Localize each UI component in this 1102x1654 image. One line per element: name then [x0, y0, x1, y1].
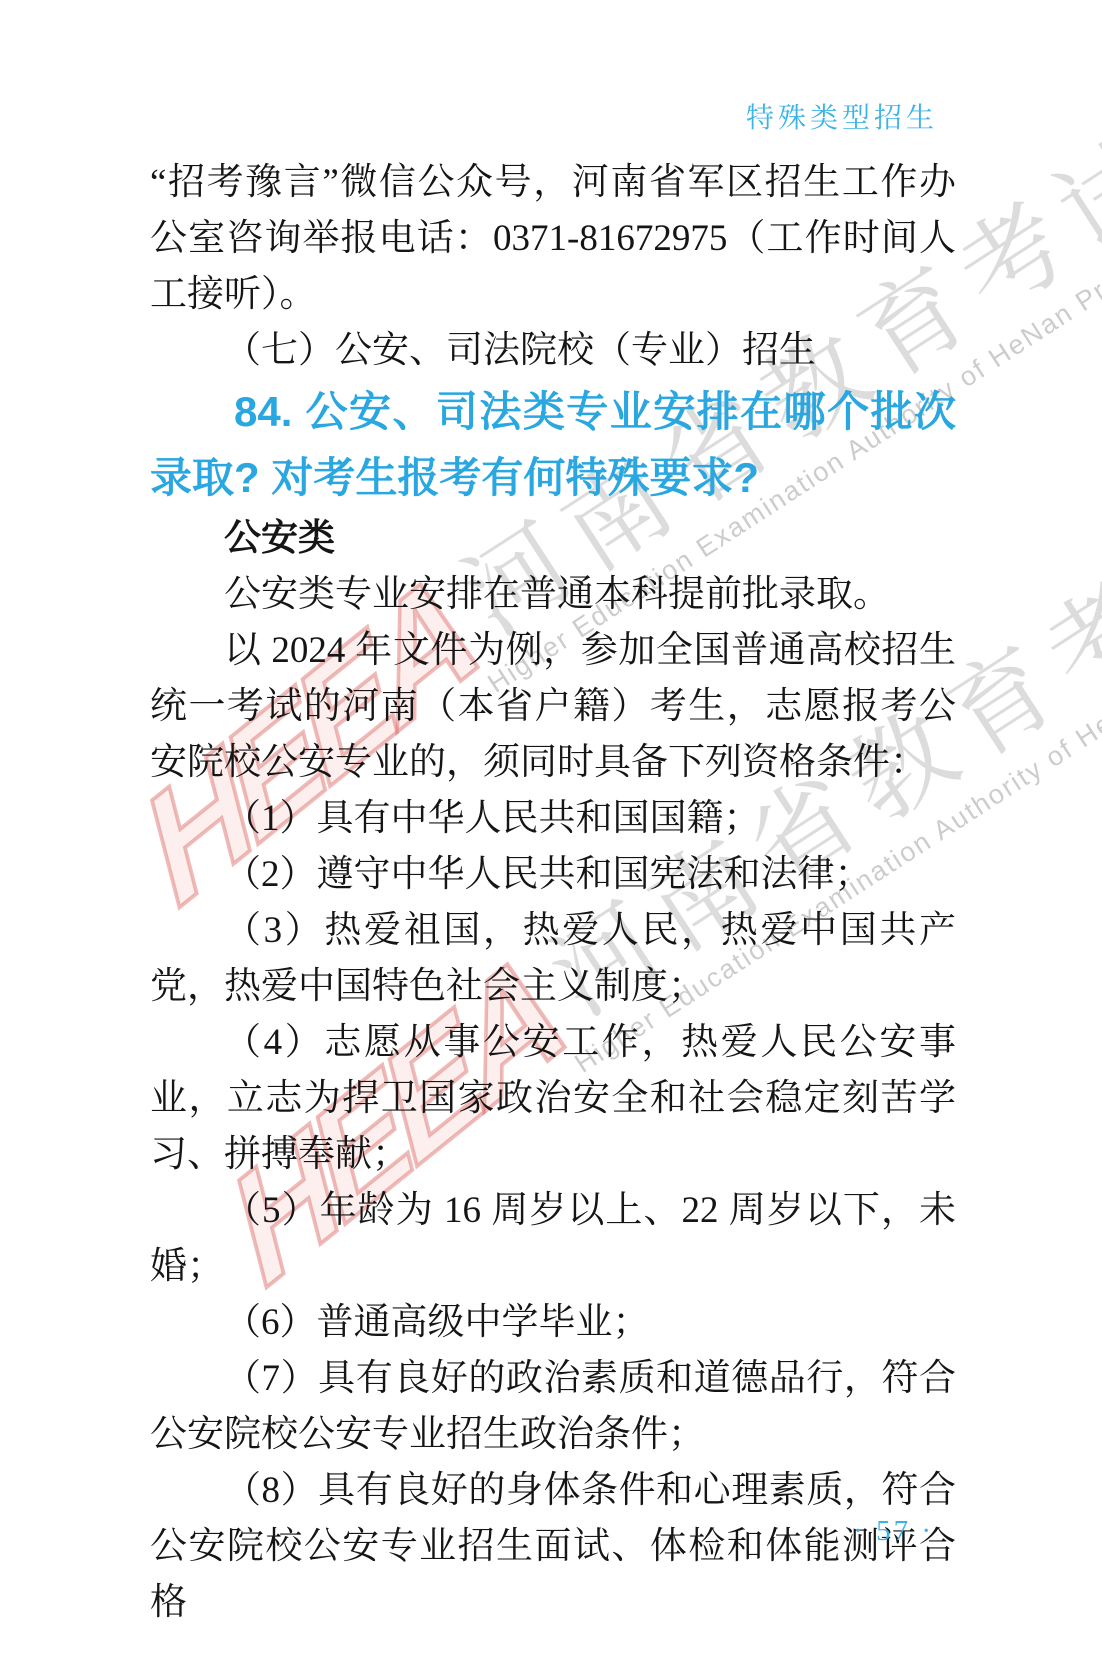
section-heading: （七）公安、司法院校（专业）招生: [150, 323, 956, 379]
paragraph-hotline: “招考豫言”微信公众号，河南省军区招生工作办公室咨询举报电话：0371-8167…: [150, 155, 956, 323]
condition-item-8: （8）具有良好的身体条件和心理素质，符合公安院校公安专业招生面试、体检和体能测评…: [150, 1463, 956, 1631]
condition-item-7: （7）具有良好的政治素质和道德品行，符合公安院校公安专业招生政治条件；: [150, 1351, 956, 1463]
running-head: 特殊类型招生: [746, 96, 938, 136]
condition-item-6: （6）普通高级中学毕业；: [150, 1295, 956, 1351]
condition-item-3: （3）热爱祖国，热爱人民，热爱中国共产党，热爱中国特色社会主义制度；: [150, 903, 956, 1015]
condition-item-5: （5）年龄为 16 周岁以上、22 周岁以下，未婚；: [150, 1183, 956, 1295]
paragraph-batch: 公安类专业安排在普通本科提前批录取。: [150, 567, 956, 623]
document-page: HEEA 河南省教育考试院 Higher Education Examinati…: [0, 0, 1102, 1654]
page-number: · 57 ·: [853, 1515, 934, 1548]
question-84-heading: 84. 公安、司法类专业安排在哪个批次录取? 对考生报考有何特殊要求?: [150, 379, 956, 511]
condition-item-4: （4）志愿从事公安工作，热爱人民公安事业，立志为捍卫国家政治安全和社会稳定刻苦学…: [150, 1015, 956, 1183]
page-body: “招考豫言”微信公众号，河南省军区招生工作办公室咨询举报电话：0371-8167…: [150, 155, 956, 1631]
condition-item-1: （1）具有中华人民共和国国籍；: [150, 791, 956, 847]
condition-item-2: （2）遵守中华人民共和国宪法和法律；: [150, 847, 956, 903]
subhead-public-security: 公安类: [150, 511, 956, 567]
paragraph-2024-policy: 以 2024 年文件为例，参加全国普通高校招生统一考试的河南（本省户籍）考生，志…: [150, 623, 956, 791]
